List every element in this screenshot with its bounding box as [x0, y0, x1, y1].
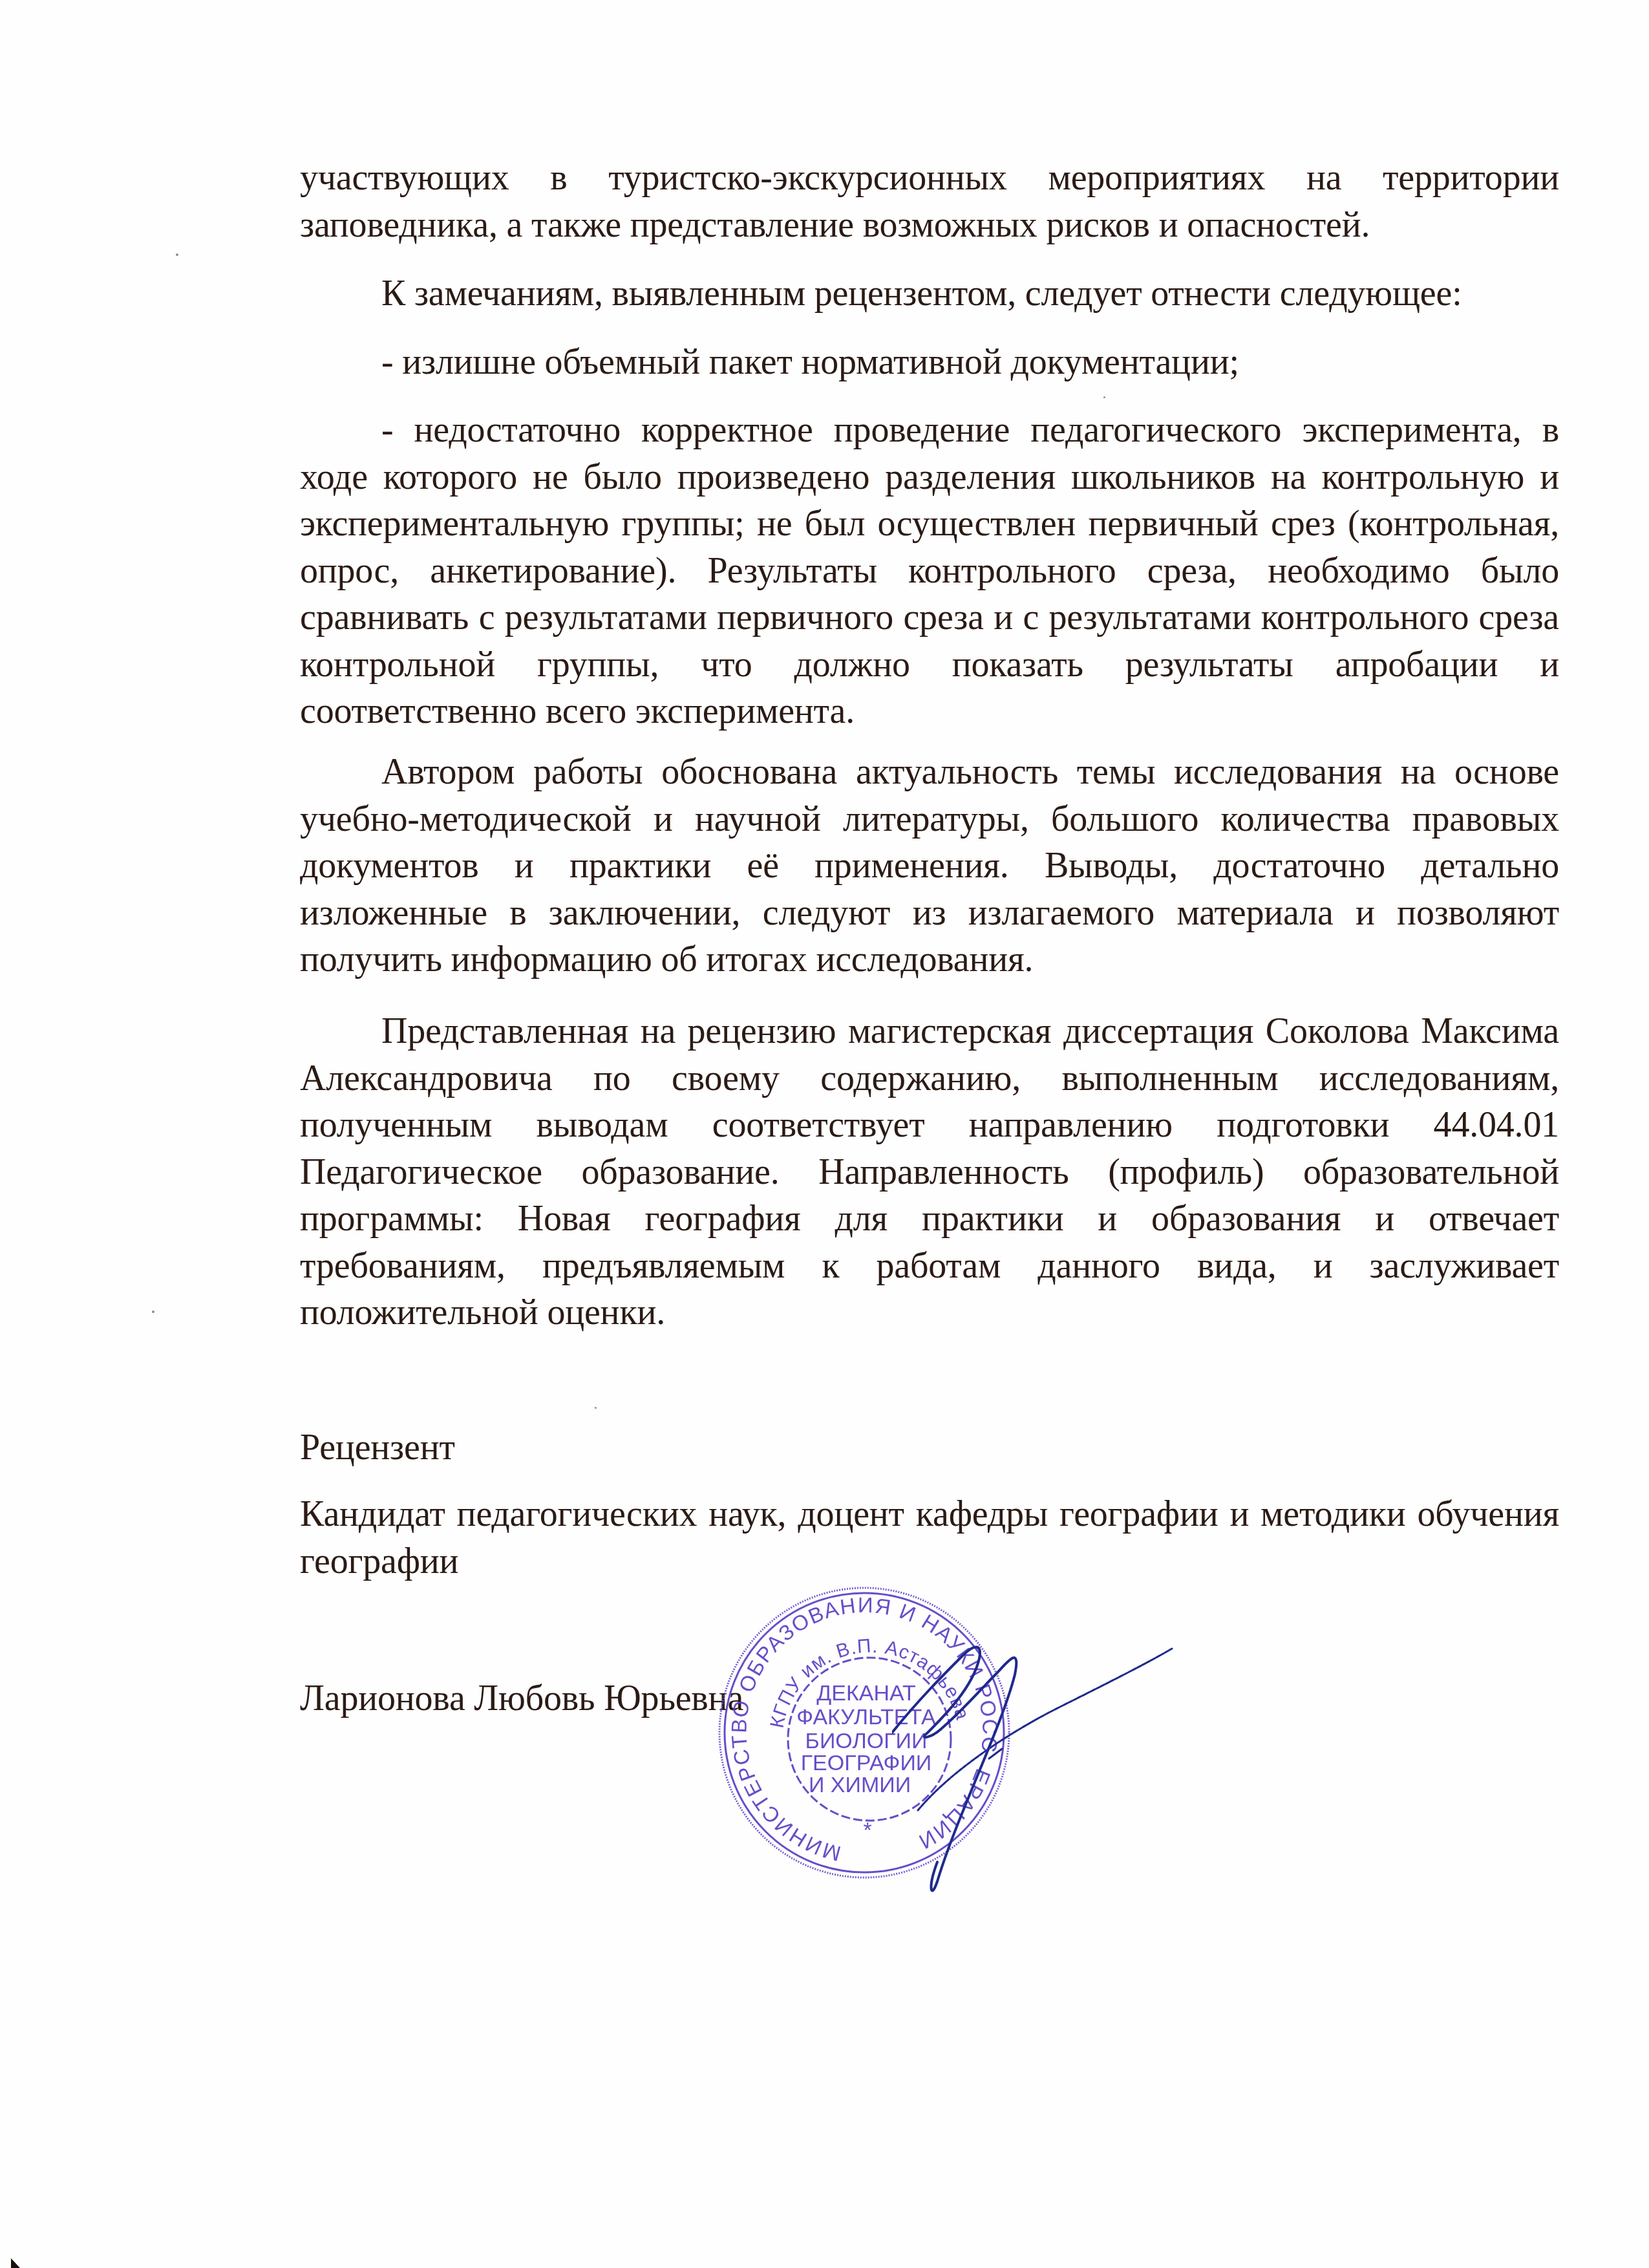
scan-artifact-dot [1103, 396, 1105, 398]
scan-artifact-dot [595, 1407, 597, 1409]
remark-item-1: - излишне объемный пакет нормативной док… [300, 339, 1559, 386]
paragraph-remarks-intro: К замечаниям, выявленным рецензентом, сл… [300, 270, 1559, 317]
paragraph-relevance: Автором работы обоснована актуальность т… [300, 749, 1559, 983]
reviewer-title: Кандидат педагогических наук, доцент каф… [300, 1491, 1559, 1585]
handwritten-signature [892, 1603, 1202, 1907]
scan-corner-shadow [11, 2258, 20, 2268]
stamp-star-icon: * [863, 1818, 871, 1843]
scan-artifact-dot [152, 1311, 154, 1313]
scan-artifact-dot [176, 253, 178, 256]
remark-item-2: - недостаточно корректное проведение пед… [300, 407, 1559, 735]
document-page: участвующих в туристско-экскурсионных ме… [0, 0, 1649, 2268]
reviewer-label: Рецензент [300, 1424, 1559, 1471]
paragraph-conclusion: Представленная на рецензию магистерская … [300, 1008, 1559, 1336]
paragraph-continuation: участвующих в туристско-экскурсионных ме… [300, 155, 1559, 248]
